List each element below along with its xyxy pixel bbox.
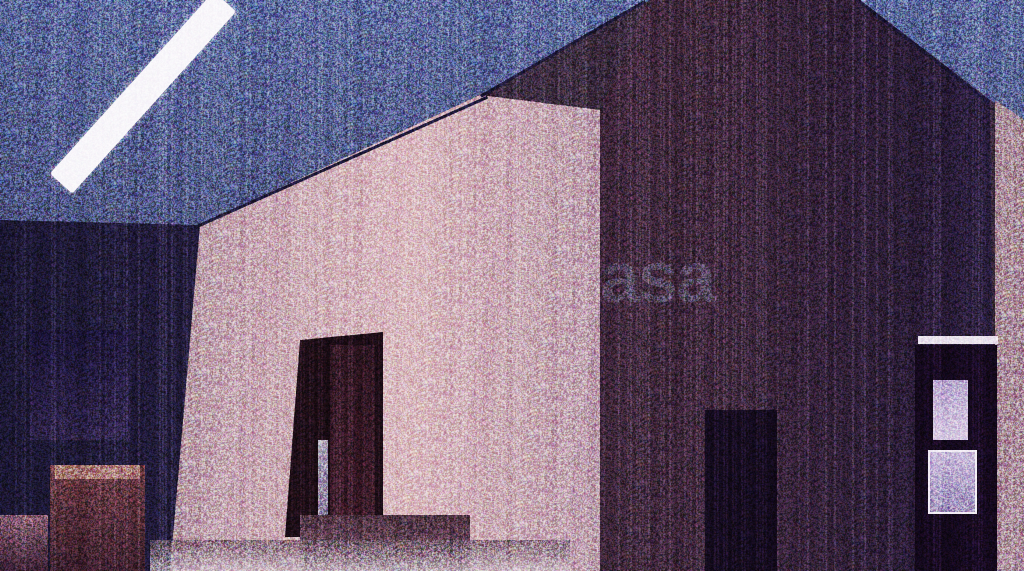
noise-texture [0, 0, 1024, 571]
room-photo: asa [0, 0, 1024, 571]
